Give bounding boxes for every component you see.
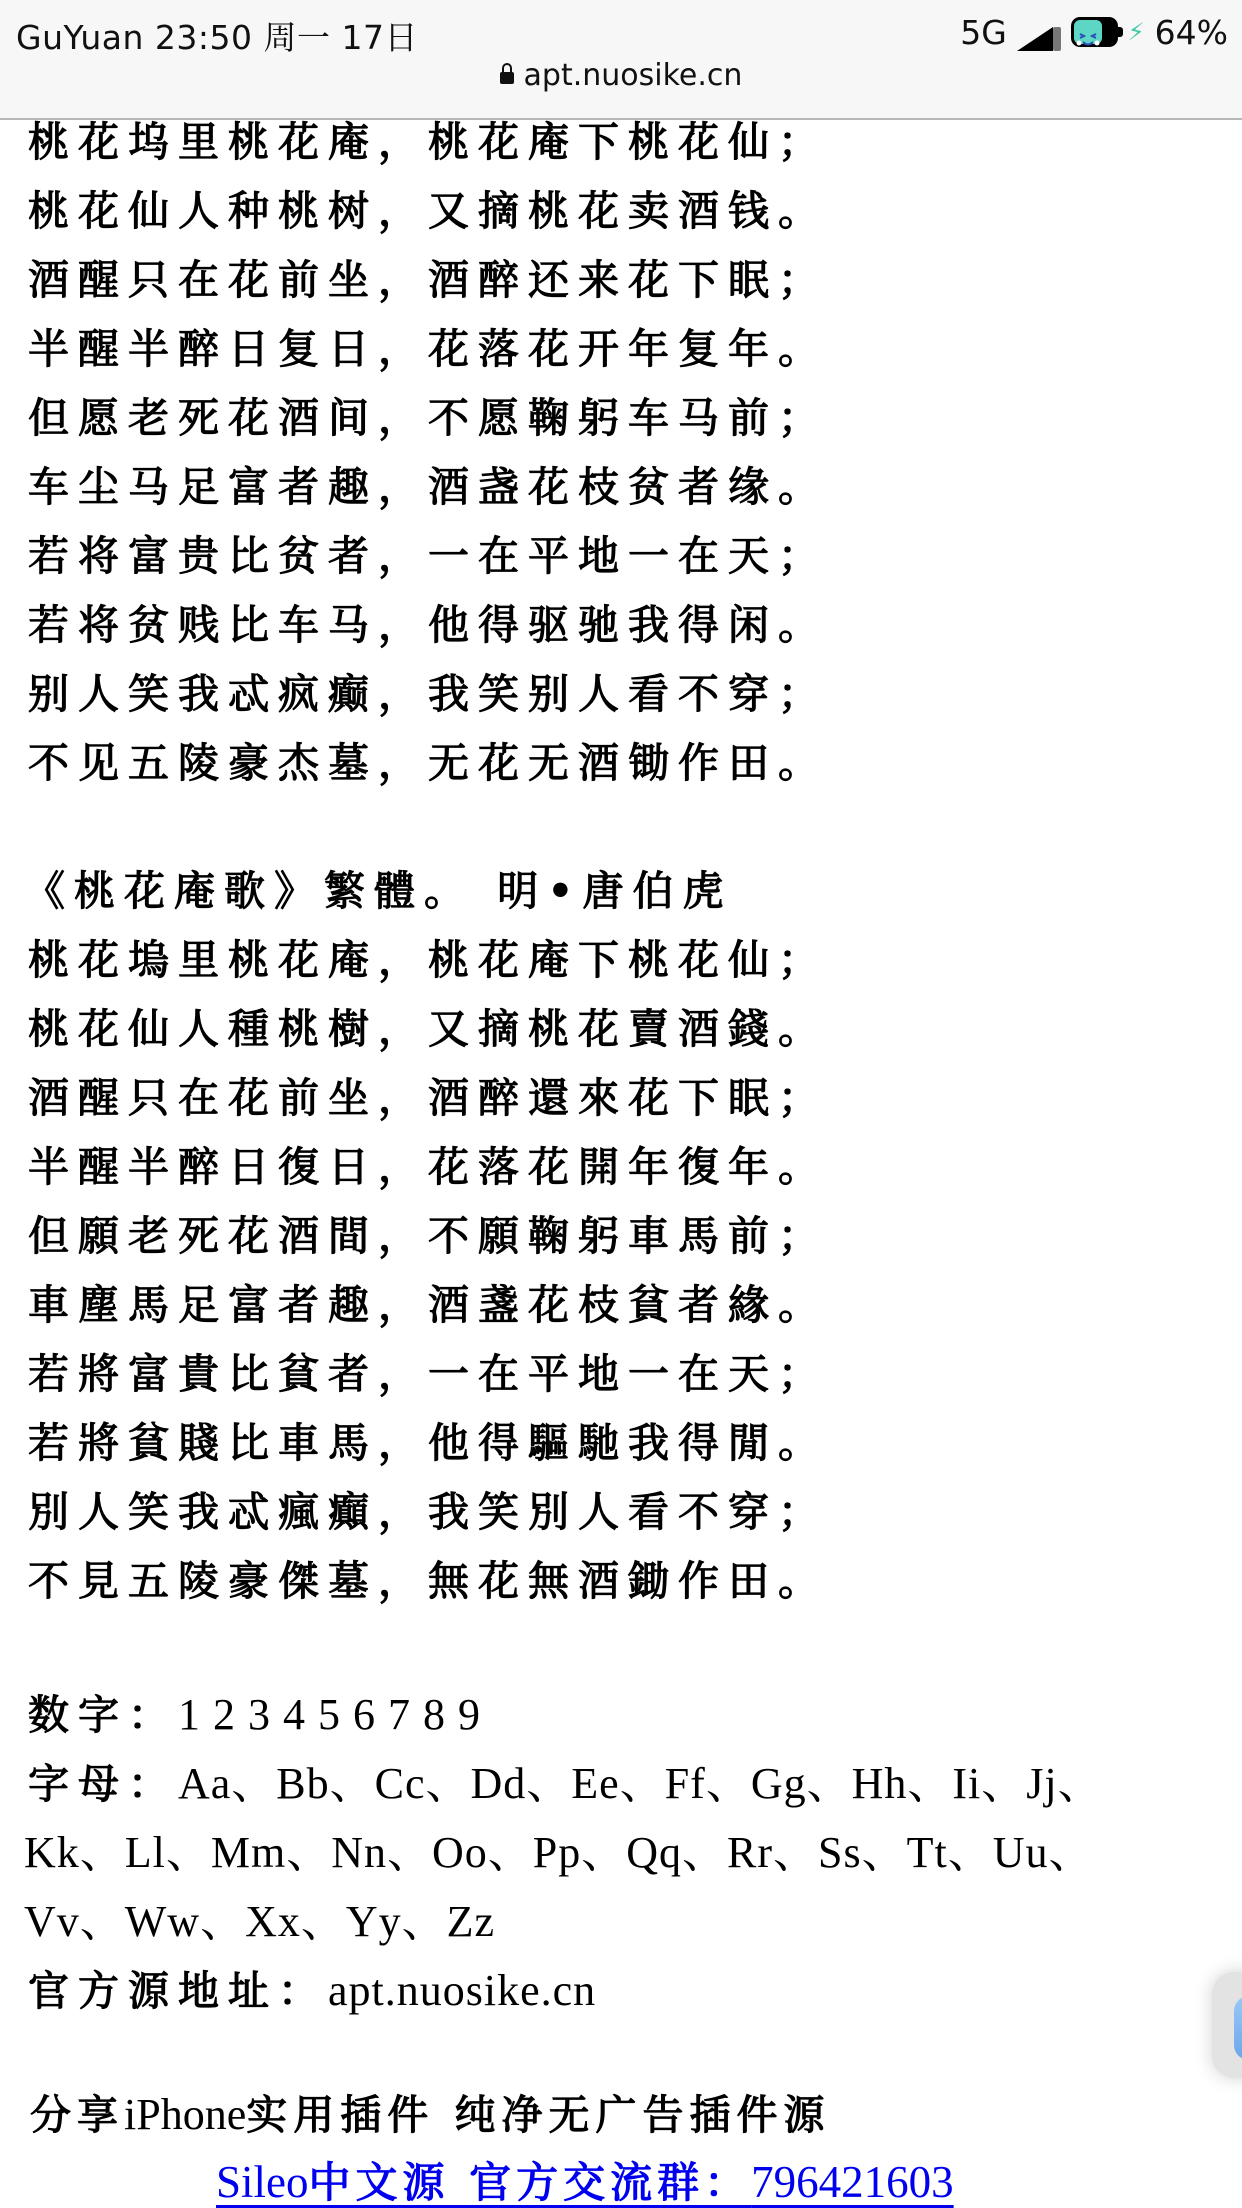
share-prefix: 分享 bbox=[30, 2091, 124, 2139]
poem-line: 若將貧賤比車馬，他得驅馳我得閒。 bbox=[28, 1423, 828, 1464]
url-text[interactable]: apt.nuosike.cn bbox=[524, 58, 743, 93]
digits-value: 1 2 3 4 5 6 7 8 9 bbox=[178, 1690, 481, 1739]
battery-icon bbox=[1071, 17, 1118, 47]
poem-line: 但願老死花酒間，不願鞠躬車馬前； bbox=[28, 1216, 828, 1257]
letters-line: Kk、Ll、Mm、Nn、Oo、Pp、Qq、Rr、Ss、Tt、Uu、 bbox=[24, 1831, 1094, 1875]
link-number: 796421603 bbox=[751, 2157, 954, 2207]
poem-line: 車塵馬足富者趣，酒盞花枝貧者緣。 bbox=[28, 1285, 828, 1326]
poem-line: 桃花仙人种桃树，又摘桃花卖酒钱。 bbox=[28, 191, 828, 232]
poem-line: 半醒半醉日復日，花落花開年復年。 bbox=[28, 1147, 828, 1188]
letters-line: Vv、Ww、Xx、Yy、Zz bbox=[24, 1900, 495, 1944]
poem-line: 酒醒只在花前坐，酒醉还来花下眠； bbox=[28, 260, 828, 301]
letters-value-2: Kk、Ll、Mm、Nn、Oo、Pp、Qq、Rr、Ss、Tt、Uu、 bbox=[24, 1828, 1094, 1877]
poem-line: 车尘马足富者趣，酒盏花枝贫者缘。 bbox=[28, 467, 828, 508]
poem-line: 若将富贵比贫者，一在平地一在天； bbox=[28, 536, 828, 577]
poem-title: 《桃花庵歌》繁體。 明•唐伯虎 bbox=[24, 871, 732, 912]
poem-line: 若将贫贱比车马，他得驱驰我得闲。 bbox=[28, 605, 828, 646]
url-bar[interactable]: apt.nuosike.cn bbox=[0, 58, 1242, 93]
poem-line: 酒醒只在花前坐，酒醉還來花下眠； bbox=[28, 1078, 828, 1119]
charging-bolt-icon: ⚡ bbox=[1128, 18, 1145, 46]
poem-line: 不见五陵豪杰墓，无花无酒锄作田。 bbox=[28, 743, 828, 784]
poem-line: 桃花坞里桃花庵，桃花庵下桃花仙； bbox=[28, 122, 828, 163]
battery-face-icon bbox=[1074, 20, 1102, 44]
carrier-name: GuYuan bbox=[16, 18, 144, 57]
digits-label: 数字： bbox=[28, 1691, 178, 1739]
letters-value-1: Aa、Bb、Cc、Dd、Ee、Ff、Gg、Hh、Ii、Jj、 bbox=[178, 1759, 1103, 1808]
qq-group-link[interactable]: Sileo中文源 官方交流群：796421603 bbox=[216, 2150, 954, 2208]
letters-label: 字母： bbox=[28, 1760, 178, 1808]
poem-line: 别人笑我忒疯癫，我笑别人看不穿； bbox=[28, 674, 828, 715]
status-bar-right: 5G ⚡ 64% bbox=[960, 12, 1228, 52]
digits-line: 数字：1 2 3 4 5 6 7 8 9 bbox=[28, 1693, 481, 1737]
letters-value-3: Vv、Ww、Xx、Yy、Zz bbox=[24, 1897, 495, 1946]
poem-line: 桃花塢里桃花庵，桃花庵下桃花仙； bbox=[28, 940, 828, 981]
link-text: 中文源 官方交流群： bbox=[309, 2158, 752, 2207]
battery-percent: 64% bbox=[1155, 13, 1228, 52]
share-line: 分享iPhone实用插件 纯净无广告插件源 bbox=[30, 2082, 831, 2141]
source-value: apt.nuosike.cn bbox=[328, 1966, 596, 2015]
source-line: 官方源地址：apt.nuosike.cn bbox=[28, 1969, 596, 2013]
signal-icon bbox=[1017, 20, 1061, 44]
lock-icon bbox=[500, 72, 514, 84]
poem-line: 半醒半醉日复日，花落花开年复年。 bbox=[28, 329, 828, 370]
poem-line: 若將富貴比貧者，一在平地一在天； bbox=[28, 1354, 828, 1395]
network-type: 5G bbox=[960, 13, 1007, 52]
poem-line: 不見五陵豪傑墓，無花無酒鋤作田。 bbox=[28, 1561, 828, 1602]
status-time: 23:50 bbox=[155, 18, 253, 57]
letters-line: 字母：Aa、Bb、Cc、Dd、Ee、Ff、Gg、Hh、Ii、Jj、 bbox=[28, 1762, 1103, 1806]
assistive-touch-button[interactable] bbox=[1212, 1972, 1242, 2078]
status-bar-left: GuYuan 23:50 周一 17日 bbox=[16, 12, 418, 59]
assistive-touch-icon bbox=[1234, 1996, 1242, 2060]
browser-top-bar: GuYuan 23:50 周一 17日 5G ⚡ 64% bbox=[0, 0, 1242, 120]
share-suffix: 实用插件 纯净无广告插件源 bbox=[246, 2091, 830, 2139]
poem-line: 桃花仙人種桃樹，又摘桃花賣酒錢。 bbox=[28, 1009, 828, 1050]
status-date: 周一 17日 bbox=[264, 18, 418, 57]
link-brand: Sileo bbox=[216, 2157, 309, 2207]
source-label: 官方源地址： bbox=[28, 1967, 328, 2015]
poem-line: 但愿老死花酒间，不愿鞠躬车马前； bbox=[28, 398, 828, 439]
poem-line: 別人笑我忒瘋癲，我笑別人看不穿； bbox=[28, 1492, 828, 1533]
share-brand: iPhone bbox=[124, 2090, 246, 2139]
